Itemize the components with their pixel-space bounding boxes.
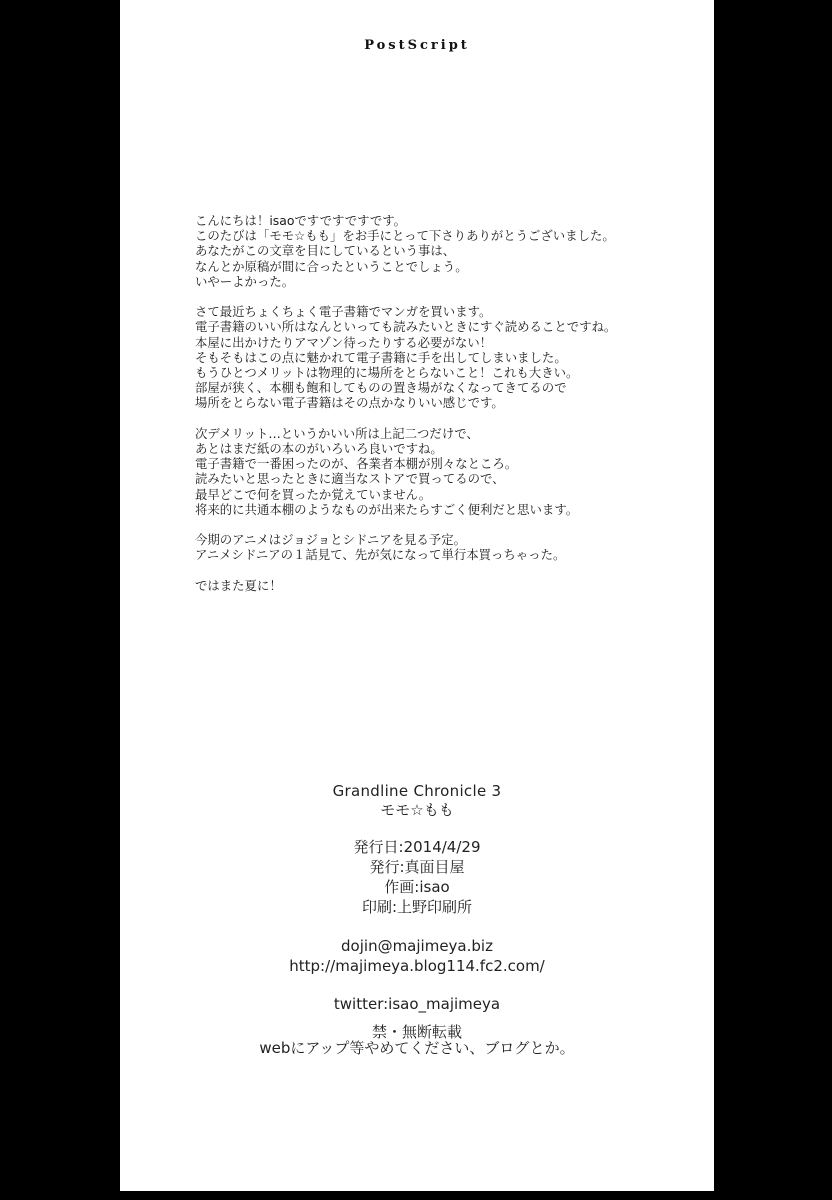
text-line: もうひとつメリットは物理的に場所をとらないこと！これも大きい。 — [195, 365, 695, 380]
text-line: あとはまだ紙の本のがいろいろ良いですね。 — [195, 441, 695, 456]
afterword-paragraph: さて最近ちょくちょく電子書籍でマンガを買います。 電子書籍のいい所はなんといって… — [195, 304, 695, 410]
book-title: Grandline Chronicle 3 — [120, 781, 714, 801]
text-line: 将来的に共通本棚のようなものが出来たらすごく便利だと思います。 — [195, 502, 695, 517]
text-line: こんにちは！isaoですですですです。 — [195, 213, 695, 228]
afterword-body: こんにちは！isaoですですですです。 このたびは「モモ☆もも」をお手にとって下… — [195, 213, 695, 608]
reprint-notice: 禁・無断転載 webにアップ等やめてください、ブログとか。 — [120, 1024, 714, 1056]
text-line: いやーよかった。 — [195, 274, 695, 289]
afterword-paragraph: こんにちは！isaoですですですです。 このたびは「モモ☆もも」をお手にとって下… — [195, 213, 695, 289]
text-line: 最早どこで何を買ったか覚えていません。 — [195, 487, 695, 502]
text-line: 部屋が狭く、本棚も飽和してものの置き場がなくなってきてるので — [195, 380, 695, 395]
printer: 印刷:上野印刷所 — [120, 897, 714, 917]
text-line: 本屋に出かけたりアマゾン待ったりする必要がない！ — [195, 335, 695, 350]
text-line: 今期のアニメはジョジョとシドニアを見る予定。 — [195, 532, 695, 547]
afterword-paragraph: 次デメリット…というかいい所は上記二つだけで、 あとはまだ紙の本のがいろいろ良い… — [195, 426, 695, 517]
text-line: このたびは「モモ☆もも」をお手にとって下さりありがとうございました。 — [195, 228, 695, 243]
twitter-handle: twitter:isao_majimeya — [120, 994, 714, 1014]
document-page: PostScript こんにちは！isaoですですですです。 このたびは「モモ☆… — [120, 0, 714, 1191]
no-upload-text: webにアップ等やめてください、ブログとか。 — [120, 1040, 714, 1056]
page-title: PostScript — [120, 38, 714, 53]
text-line: 次デメリット…というかいい所は上記二つだけで、 — [195, 426, 695, 441]
afterword-paragraph: ではまた夏に！ — [195, 578, 695, 593]
no-reprint-text: 禁・無断転載 — [120, 1024, 714, 1040]
text-line: なんとか原稿が間に合ったということでしょう。 — [195, 259, 695, 274]
text-line: 電子書籍のいい所はなんといっても読みたいときにすぐ読めることですね。 — [195, 319, 695, 334]
circle-title: モモ☆もも — [120, 801, 714, 819]
text-line: ではまた夏に！ — [195, 578, 695, 593]
text-line: アニメシドニアの１話見て、先が気になって単行本買っちゃった。 — [195, 547, 695, 562]
publication-info: 発行日:2014/4/29 発行:真面目屋 作画:isao 印刷:上野印刷所 — [120, 837, 714, 917]
text-line: そもそもはこの点に魅かれて電子書籍に手を出してしまいました。 — [195, 350, 695, 365]
email-link: dojin@majimeya.biz — [120, 936, 714, 956]
text-line: あなたがこの文章を目にしているという事は、 — [195, 243, 695, 258]
contact-info: dojin@majimeya.biz http://majimeya.blog1… — [120, 936, 714, 976]
text-line: 場所をとらない電子書籍はその点かなりいい感じです。 — [195, 395, 695, 410]
text-line: 読みたいと思ったときに適当なストアで買ってるので、 — [195, 471, 695, 486]
publisher: 発行:真面目屋 — [120, 857, 714, 877]
blog-url: http://majimeya.blog114.fc2.com/ — [120, 956, 714, 976]
text-line: 電子書籍で一番困ったのが、各業者本棚が別々なところ。 — [195, 456, 695, 471]
text-line: さて最近ちょくちょく電子書籍でマンガを買います。 — [195, 304, 695, 319]
publish-date: 発行日:2014/4/29 — [120, 837, 714, 857]
colophon: Grandline Chronicle 3 モモ☆もも 発行日:2014/4/2… — [120, 781, 714, 1056]
artist: 作画:isao — [120, 877, 714, 897]
afterword-paragraph: 今期のアニメはジョジョとシドニアを見る予定。 アニメシドニアの１話見て、先が気に… — [195, 532, 695, 562]
